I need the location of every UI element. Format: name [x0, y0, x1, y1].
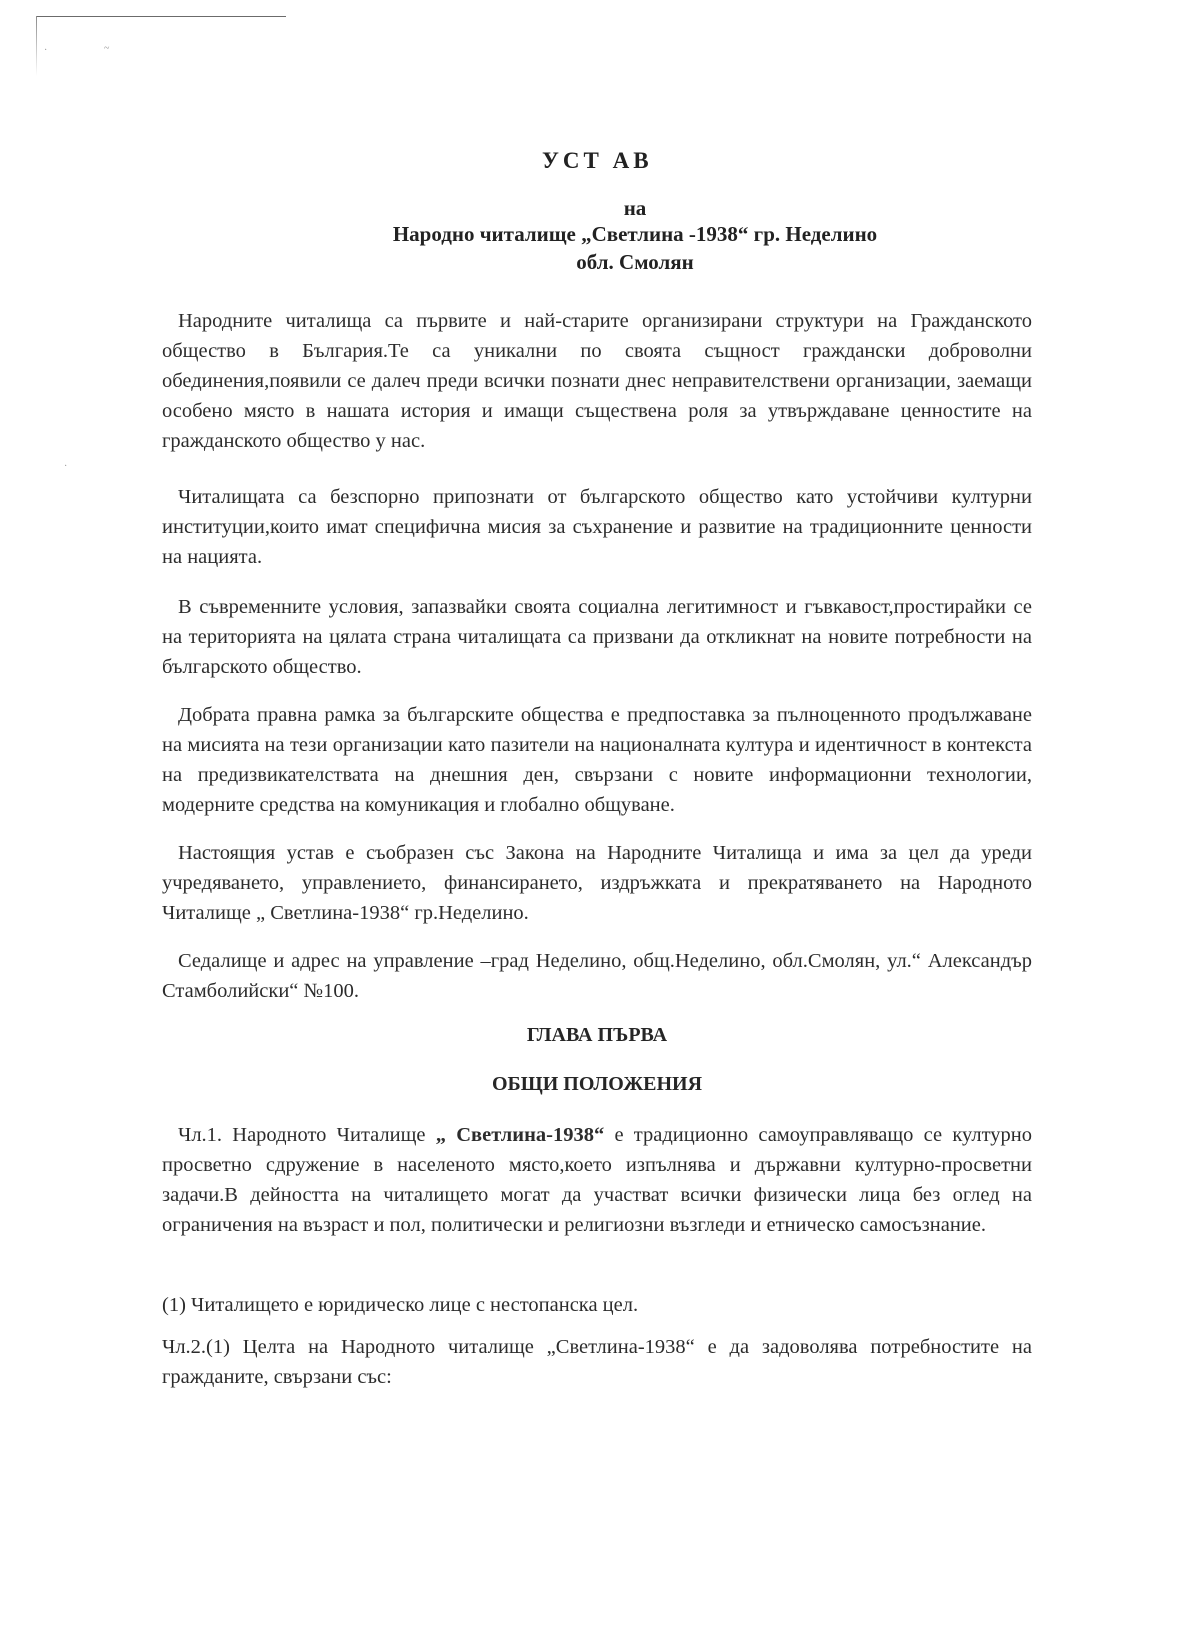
- organization-region: обл. Смолян: [200, 250, 1070, 275]
- scan-edge-top: [36, 16, 286, 17]
- article-1: Чл.1. Народното Читалище „ Светлина-1938…: [162, 1120, 1032, 1240]
- article-1-paragraph-1: (1) Читалището е юридическо лице с несто…: [162, 1290, 1032, 1320]
- preamble-paragraph-4: Добрата правна рамка за българските обще…: [162, 700, 1032, 820]
- article-1-prefix: Чл.1. Народното Читалище: [178, 1124, 436, 1146]
- address-paragraph: Седалище и адрес на управление –град Нед…: [162, 946, 1032, 1006]
- scan-speck: ·: [64, 462, 67, 472]
- article-1-organization-bold: „ Светлина-1938“: [436, 1124, 604, 1146]
- preamble-paragraph-1: Народните читалища са първите и най-стар…: [162, 306, 1032, 456]
- preamble-paragraph-2: Читалищата са безспорно припознати от бъ…: [162, 482, 1032, 572]
- document-subtitle-na: на: [200, 196, 1070, 221]
- scan-edge-left: [36, 16, 37, 76]
- article-2-paragraph-1: Чл.2.(1) Целта на Народното читалище „Св…: [162, 1332, 1032, 1392]
- chapter-number: ГЛАВА ПЪРВА: [162, 1024, 1032, 1047]
- preamble-paragraph-3: В съвременните условия, запазвайки своят…: [162, 592, 1032, 682]
- preamble-paragraph-5: Настоящия устав е съобразен със Закона н…: [162, 838, 1032, 928]
- organization-name: Народно читалище „Светлина -1938“ гр. Не…: [200, 222, 1070, 247]
- document-title: УСТ АВ: [542, 148, 653, 174]
- scan-speck: ~: [104, 44, 109, 54]
- scan-speck: ·: [44, 46, 47, 56]
- chapter-title: ОБЩИ ПОЛОЖЕНИЯ: [162, 1073, 1032, 1096]
